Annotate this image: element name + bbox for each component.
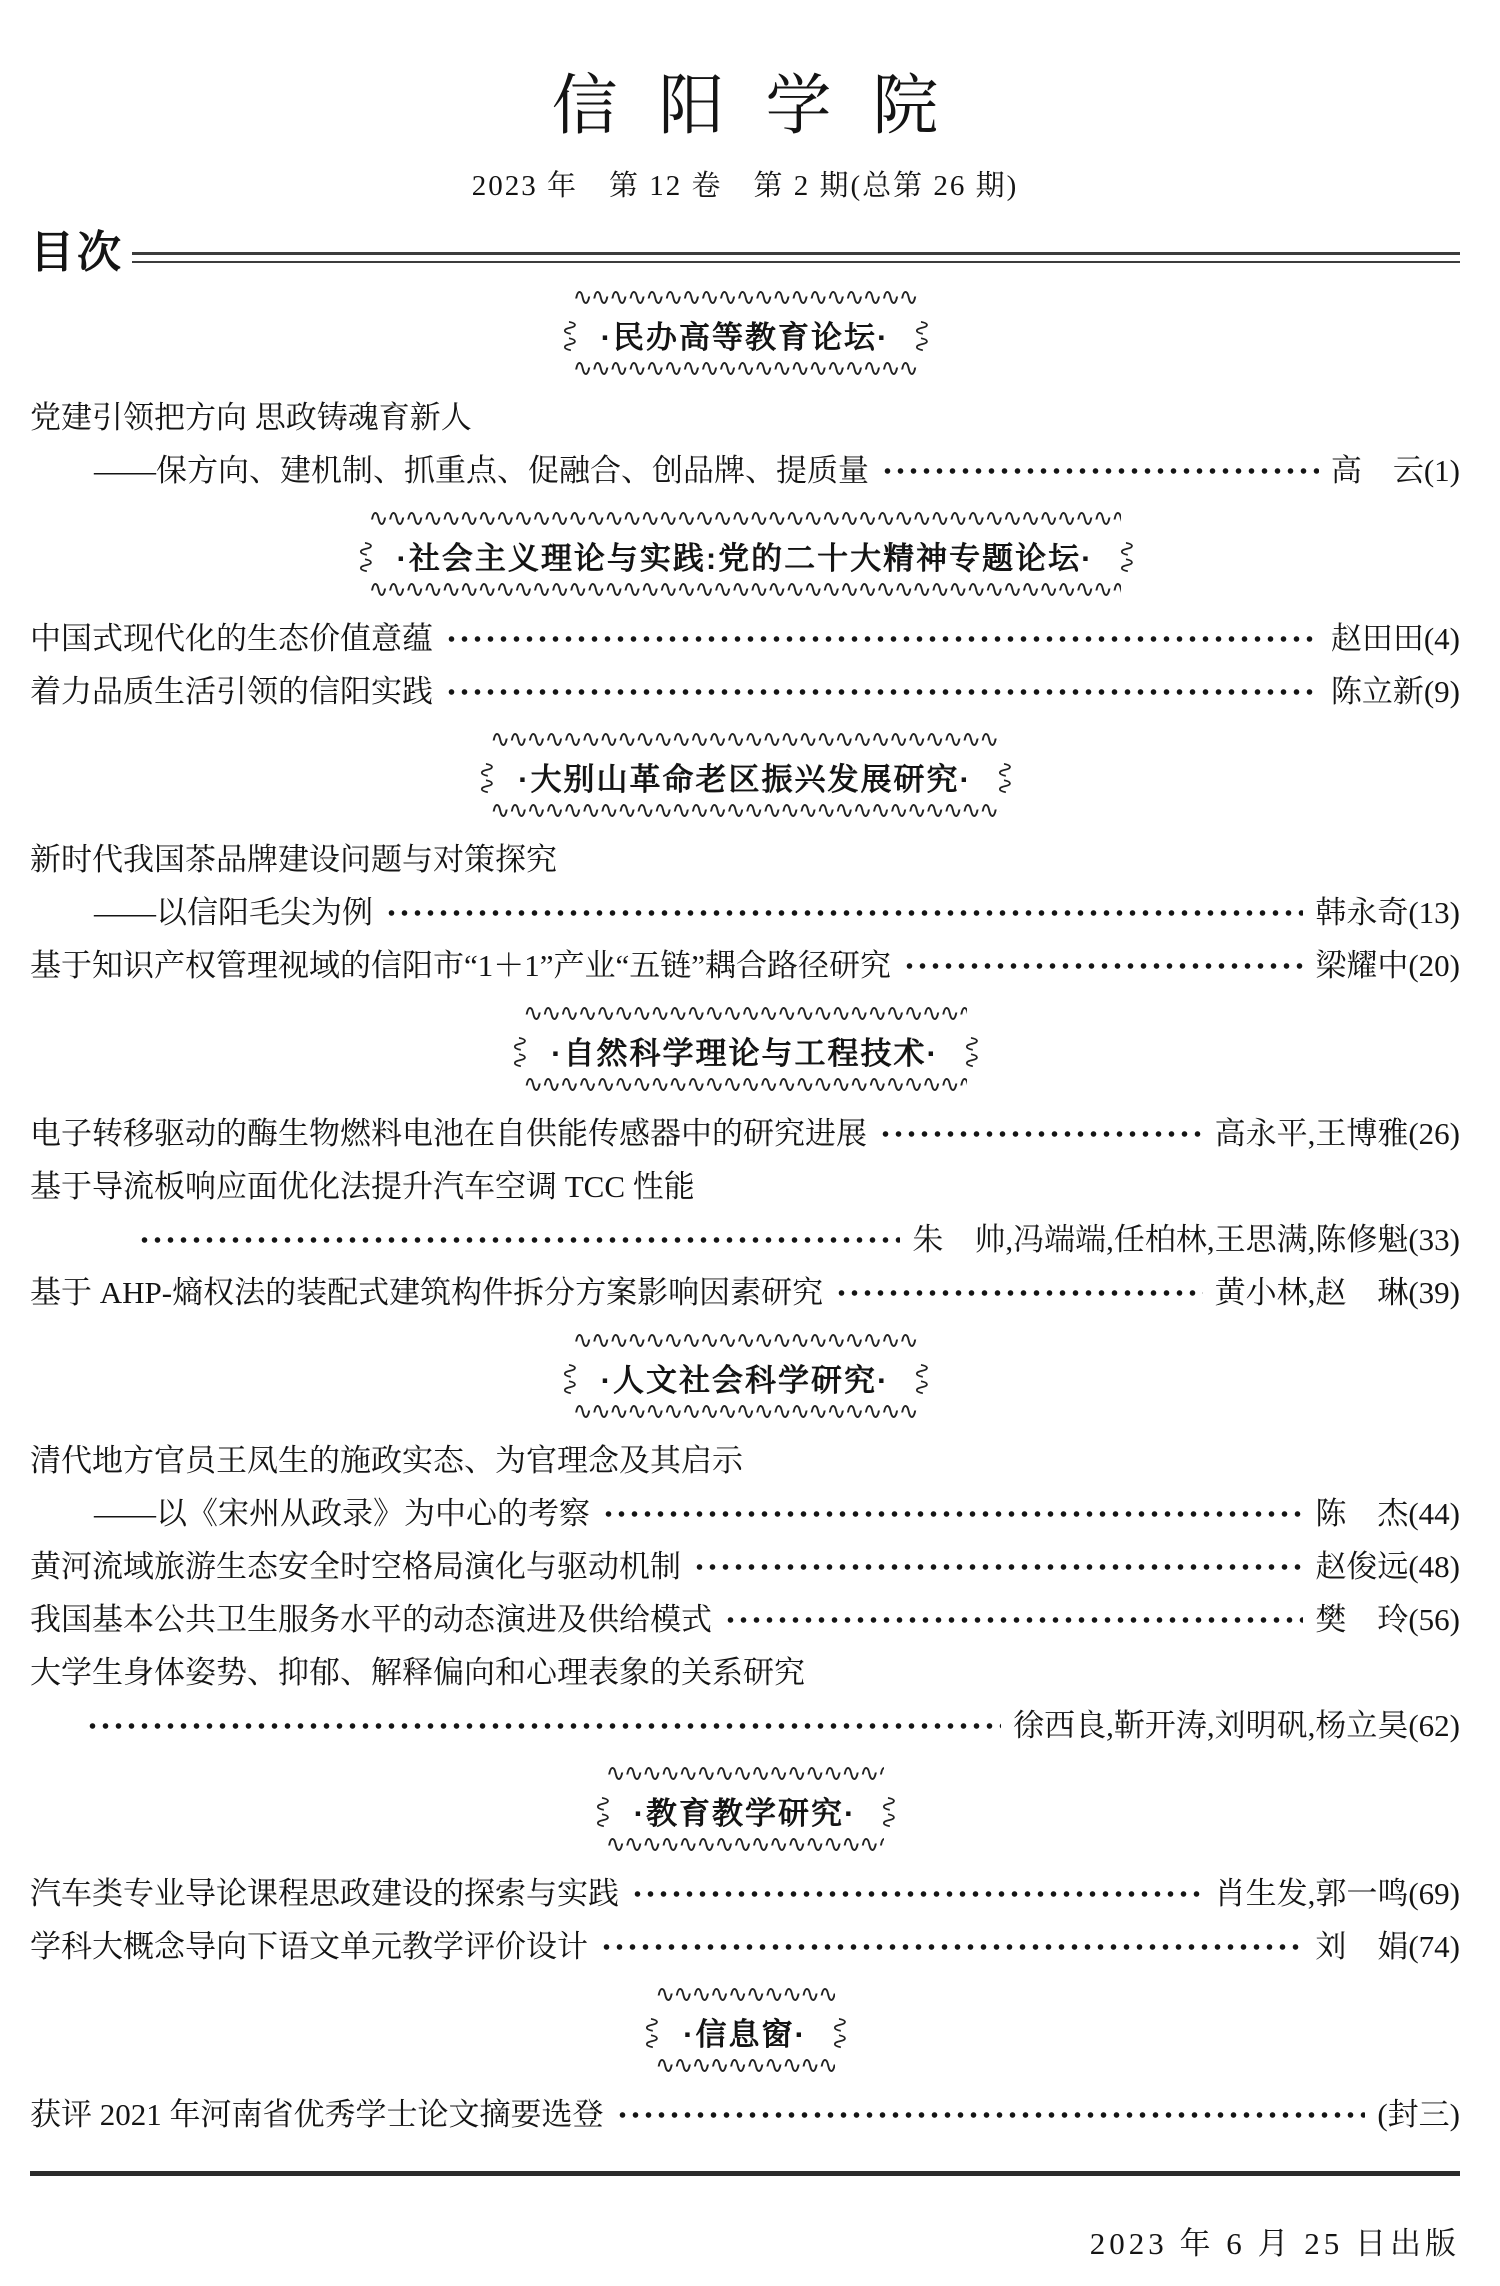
section-banner: ·大别山革命老区振兴发展研究· [484,734,1006,819]
section-label: ·人文社会科学研究· [601,1363,890,1398]
article-title: 基于导流板响应面优化法提升汽车空调 TCC 性能 [30,1169,695,1204]
section-banner: ·人文社会科学研究· [567,1335,924,1420]
dot-leader [618,2110,1366,2120]
wavy-border-left [591,1794,613,1827]
publish-date: 2023 年 6 月 25 日出版 [30,2218,1460,2263]
wavy-border-right [1114,539,1136,572]
author-page: 黄小林,赵 琳(39) [1215,1266,1460,1319]
article-title: 汽车类专业导论课程思政建设的探索与实践 [30,1867,619,1920]
dot-leader [726,1615,1303,1625]
wavy-border-left [558,1361,580,1394]
section-banner: ·信息窗· [649,1989,841,2074]
toc-entry: 我国基本公共卫生服务水平的动态演进及供给模式 樊 玲(56) [30,1593,1460,1646]
article-title: 大学生身体姿势、抑郁、解释偏向和心理表象的关系研究 [30,1655,805,1690]
toc-entry: 新时代我国茶品牌建设问题与对策探究 [30,833,1460,886]
dot-leader [88,1721,1001,1731]
toc-entry-continuation: ——以信阳毛尖为例 韩永奇(13) [30,886,1460,939]
toc-entry: 中国式现代化的生态价值意蕴 赵田田(4) [30,612,1460,665]
section-banner-wrap: ·大别山革命老区振兴发展研究· [30,734,1460,819]
section-banner: ·教育教学研究· [600,1768,891,1853]
dot-leader [633,1889,1203,1899]
wavy-border-left [558,318,580,351]
toc-entry: 党建引领把方向 思政铸魂育新人 [30,391,1460,444]
author-page: 朱 帅,冯端端,任柏林,王思满,陈修魁(33) [912,1213,1460,1266]
wavy-border-right [828,2015,850,2048]
toc-entry: 基于 AHP-熵权法的装配式建筑构件拆分方案影响因素研究 黄小林,赵 琳(39) [30,1266,1460,1319]
wavy-border-right [960,1034,982,1067]
article-title: 清代地方官员王凤生的施政实态、为官理念及其启示 [30,1443,743,1478]
bottom-rule [30,2171,1460,2176]
article-title: 党建引领把方向 思政铸魂育新人 [30,400,472,435]
article-title: 新时代我国茶品牌建设问题与对策探究 [30,842,557,877]
dot-leader [604,1509,1303,1519]
toc-entry: 黄河流域旅游生态安全时空格局演化与驱动机制 赵俊远(48) [30,1540,1460,1593]
wavy-border-left [354,539,376,572]
section-banner-wrap: ·社会主义理论与实践:党的二十大精神专题论坛· [30,513,1460,598]
author-page: (封三) [1377,2088,1460,2141]
toc-entry: 获评 2021 年河南省优秀学士论文摘要选登 (封三) [30,2088,1460,2141]
toc-entry: 清代地方官员王凤生的施政实态、为官理念及其启示 [30,1434,1460,1487]
wavy-border-left [508,1034,530,1067]
article-subtitle: ——以信阳毛尖为例 [30,886,373,939]
toc-entry: 着力品质生活引领的信阳实践 陈立新(9) [30,665,1460,718]
section-label: ·民办高等教育论坛· [601,320,890,355]
article-title: 学科大概念导向下语文单元教学评价设计 [30,1920,588,1973]
toc-entry-continuation: 徐西良,靳开涛,刘明矾,杨立昊(62) [30,1699,1460,1752]
author-page: 刘 娟(74) [1315,1920,1460,1973]
dot-leader [387,908,1303,918]
wavy-border-right [910,1361,932,1394]
section-banner-wrap: ·教育教学研究· [30,1768,1460,1853]
article-title: 获评 2021 年河南省优秀学士论文摘要选登 [30,2088,604,2141]
author-page: 赵田田(4) [1331,612,1460,665]
article-title: 着力品质生活引领的信阳实践 [30,665,433,718]
article-title: 我国基本公共卫生服务水平的动态演进及供给模式 [30,1593,712,1646]
author-page: 梁耀中(20) [1315,939,1460,992]
toc-entry: 基于导流板响应面优化法提升汽车空调 TCC 性能 [30,1160,1460,1213]
author-page: 陈 杰(44) [1315,1487,1460,1540]
author-page: 樊 玲(56) [1315,1593,1460,1646]
author-page: 肖生发,郭一鸣(69) [1215,1867,1460,1920]
section-banner: ·社会主义理论与实践:党的二十大精神专题论坛· [363,513,1128,598]
toc-entry-continuation: ——保方向、建机制、抓重点、促融合、创品牌、提质量 高 云(1) [30,444,1460,497]
dot-leader [140,1235,900,1245]
dot-leader [447,634,1319,644]
section-label: ·教育教学研究· [634,1796,857,1831]
section-banner-wrap: ·信息窗· [30,1989,1460,2074]
toc-entry-continuation: 朱 帅,冯端端,任柏林,王思满,陈修魁(33) [30,1213,1460,1266]
journal-title: 信阳学院 [30,52,1460,147]
author-page: 高永平,王博雅(26) [1215,1107,1460,1160]
journal-toc-page: { "masthead": { "journal_title": "信阳学院",… [0,0,1500,2286]
article-subtitle: ——以《宋州从政录》为中心的考察 [30,1487,590,1540]
dot-leader [905,961,1303,971]
toc-heading: 目次 [30,230,124,276]
section-banner: ·民办高等教育论坛· [567,292,924,377]
section-banner: ·自然科学理论与工程技术· [517,1008,973,1093]
section-banner-wrap: ·民办高等教育论坛· [30,292,1460,377]
dot-leader [602,1942,1303,1952]
author-page: 韩永奇(13) [1315,886,1460,939]
section-banner-wrap: ·自然科学理论与工程技术· [30,1008,1460,1093]
toc-entry: 电子转移驱动的酶生物燃料电池在自供能传感器中的研究进展 高永平,王博雅(26) [30,1107,1460,1160]
toc-entry-continuation: ——以《宋州从政录》为中心的考察 陈 杰(44) [30,1487,1460,1540]
article-title: 基于 AHP-熵权法的装配式建筑构件拆分方案影响因素研究 [30,1266,823,1319]
article-title: 电子转移驱动的酶生物燃料电池在自供能传感器中的研究进展 [30,1107,867,1160]
section-label: ·信息窗· [683,2017,807,2052]
toc-heading-row: 目次 [30,230,1460,276]
toc-entry: 学科大概念导向下语文单元教学评价设计 刘 娟(74) [30,1920,1460,1973]
dot-leader [447,687,1319,697]
author-page: 赵俊远(48) [1315,1540,1460,1593]
toc-entry: 基于知识产权管理视域的信阳市“1＋1”产业“五链”耦合路径研究 梁耀中(20) [30,939,1460,992]
dot-leader [883,466,1319,476]
section-banner-wrap: ·人文社会科学研究· [30,1335,1460,1420]
wavy-border-right [910,318,932,351]
toc-entry: 汽车类专业导论课程思政建设的探索与实践 肖生发,郭一鸣(69) [30,1867,1460,1920]
author-page: 高 云(1) [1331,444,1460,497]
section-label: ·大别山革命老区振兴发展研究· [518,762,972,797]
dot-leader [837,1288,1203,1298]
wavy-border-left [475,760,497,793]
article-subtitle: ——保方向、建机制、抓重点、促融合、创品牌、提质量 [30,444,869,497]
masthead: 信阳学院 2023 年 第 12 卷 第 2 期(总第 26 期) [30,52,1460,204]
toc-entry: 大学生身体姿势、抑郁、解释偏向和心理表象的关系研究 [30,1646,1460,1699]
double-rule [132,252,1460,263]
issue-line: 2023 年 第 12 卷 第 2 期(总第 26 期) [30,163,1460,204]
section-label: ·自然科学理论与工程技术· [551,1036,939,1071]
author-page: 徐西良,靳开涛,刘明矾,杨立昊(62) [1013,1699,1460,1752]
article-title: 基于知识产权管理视域的信阳市“1＋1”产业“五链”耦合路径研究 [30,939,891,992]
wavy-border-right [877,1794,899,1827]
dot-leader [881,1129,1203,1139]
dot-leader [695,1562,1303,1572]
author-page: 陈立新(9) [1331,665,1460,718]
article-title: 黄河流域旅游生态安全时空格局演化与驱动机制 [30,1540,681,1593]
section-label: ·社会主义理论与实践:党的二十大精神专题论坛· [397,541,1094,576]
wavy-border-right [993,760,1015,793]
article-title: 中国式现代化的生态价值意蕴 [30,612,433,665]
wavy-border-left [640,2015,662,2048]
